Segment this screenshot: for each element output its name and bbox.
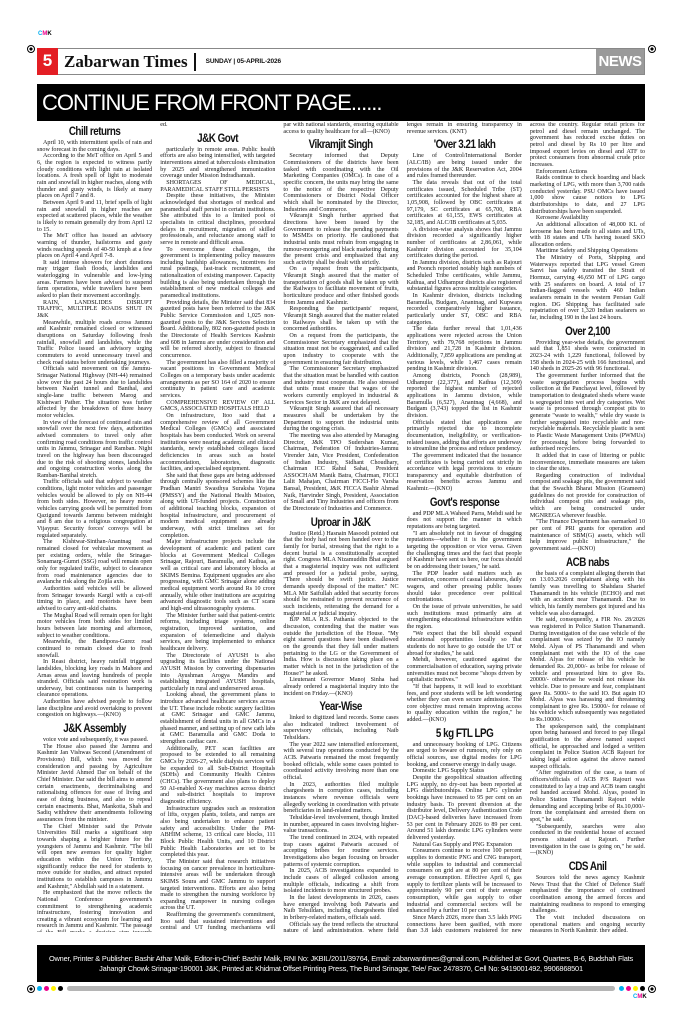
- article-paragraph: The government further informed that the…: [530, 373, 645, 453]
- article: Govt's responseand PDP MLA Waheed Parra,…: [407, 495, 522, 724]
- article-paragraph: The House also passed the Jammu and Kash…: [37, 744, 152, 824]
- cyan-swatch: [619, 986, 624, 991]
- article-paragraph: The data reveals that out of the total c…: [407, 180, 522, 227]
- article-paragraph: "After registration of the case, a team …: [530, 770, 645, 823]
- article-headline: Chill returns: [47, 124, 141, 138]
- article-paragraph: Authorities said vehicles will be allowe…: [37, 586, 152, 613]
- article-paragraph: Vikramjit Singh further apprised that di…: [283, 213, 398, 266]
- article-paragraph: Sources told the news agency Kashmir New…: [530, 875, 645, 915]
- article-headline: Year-Wise: [294, 699, 388, 713]
- article-paragraph: Mehdi, however, cautioned against the co…: [407, 657, 522, 684]
- article-paragraph: Officials stated that applications are p…: [407, 420, 522, 453]
- imprint-line-1: Owner, Printer & Publisher: Bashir Athar…: [37, 954, 645, 964]
- article-paragraph: The Minister further said that patient-c…: [160, 613, 275, 653]
- yellow-swatch: [51, 986, 56, 991]
- article: across the country. Regular retail price…: [530, 122, 645, 322]
- article-paragraph: RAIN, LANDSLIDES DISRUPT TRAFFIC, MULTIP…: [37, 300, 152, 320]
- black-swatch: [640, 986, 645, 991]
- article-paragraph: The trend continued in 2024, with repeat…: [283, 835, 398, 868]
- article-paragraph: Officials say the trend reflects the str…: [283, 922, 398, 933]
- article-paragraph: In Kashmir division, districts including…: [407, 293, 522, 326]
- article-headline: CDS Anil: [540, 859, 634, 873]
- article: 5 kg FTL LPGand unnecessary booking of L…: [407, 726, 522, 932]
- article-headline: Over 2,100: [540, 324, 634, 338]
- article-paragraph: The government indicated that the issuan…: [407, 453, 522, 493]
- article: lenges remain in ensuring transparency i…: [407, 122, 522, 135]
- article-headline: 'Over 3.21 lakh: [417, 137, 511, 151]
- page-number: 5: [37, 48, 58, 75]
- registration-mark-icon: [27, 985, 35, 993]
- article-paragraph: Consumers continue to receive 100 percen…: [407, 848, 522, 915]
- column-4: lenges remain in ensuring transparency i…: [407, 122, 522, 932]
- article-paragraph: April 10, with intermittent spells of ra…: [37, 140, 152, 153]
- article-paragraph: Despite these initiatives, the Minister …: [160, 193, 275, 246]
- article-paragraph: He emphasized that the move reflects the…: [37, 890, 152, 932]
- article-paragraph: In the latest developments in 2026, case…: [283, 895, 398, 922]
- article-paragraph: Tehsildar-level involvement, though limi…: [283, 815, 398, 835]
- imprint-footer: Owner, Printer & Publisher: Bashir Athar…: [37, 945, 645, 982]
- article: Over 2,100Providing year-wise details, t…: [530, 324, 645, 553]
- imprint-line-2: Jahangir Chowk Srinagar-190001 J&K, Prin…: [37, 964, 645, 974]
- article-paragraph: Major infrastructure projects include th…: [160, 539, 275, 612]
- article-paragraph: The data further reveal that 1,01,436 ap…: [407, 326, 522, 373]
- article-paragraph: According to the MeT office on April 5 a…: [37, 153, 152, 200]
- article: CDS AnilSources told the news agency Kas…: [530, 859, 645, 932]
- article-paragraph: Enforcement Actions: [530, 169, 645, 176]
- article-paragraph: On a request from the participants, the …: [283, 333, 398, 366]
- article-paragraph: and PDP MLA Waheed Parra, Mehdi said he …: [407, 511, 522, 531]
- column-3: par with national standards, ensuring eq…: [283, 122, 398, 932]
- article-paragraph: Raids continue to check hoarding and bla…: [530, 175, 645, 215]
- cmyk-registration-label: CMK: [633, 994, 647, 1000]
- article-paragraph: across the country. Regular retail price…: [530, 122, 645, 169]
- paper-name: Zabarwan Times: [64, 53, 196, 71]
- article: Chill returnsApril 10, with intermittent…: [37, 124, 152, 719]
- yellow-swatch: [633, 986, 638, 991]
- column-5: across the country. Regular retail price…: [530, 122, 645, 932]
- article-paragraph: An additional allocation of 48,000 KL of…: [530, 222, 645, 249]
- article-paragraph: On a request from the participants, Vikr…: [283, 266, 398, 306]
- article-paragraph: "The Finance Department has earmarked 10…: [530, 519, 645, 552]
- registration-mark-icon: [648, 45, 656, 53]
- article-paragraph: Providing year-wise details, the governm…: [530, 340, 645, 373]
- article-paragraph: The meeting was also attended by Managin…: [283, 433, 398, 513]
- article: J&K Assemblyvoice vote and subsequently,…: [37, 721, 152, 932]
- article-paragraph: He said, consequently, a FIR No. 28/2026…: [530, 617, 645, 724]
- article-paragraph: Meanwhile, the Bandipora-Gurez road cont…: [37, 639, 152, 659]
- article-paragraph: The PDP leader said matters such as rese…: [407, 571, 522, 604]
- article-paragraph: The Mughal Road will remain open for lig…: [37, 613, 152, 640]
- article-paragraph: SHORTAGES OF MEDICAL, PARAMEDICAL STAFF …: [160, 180, 275, 193]
- article: par with national standards, ensuring eq…: [283, 122, 398, 135]
- masthead: 5 Zabarwan Times SUNDAY | 05-APRIL-2026 …: [37, 48, 645, 75]
- article-headline: Uproar in J&K: [294, 515, 388, 529]
- article-paragraph: Among districts, Poonch (28,989), Udhamp…: [407, 373, 522, 420]
- article-paragraph: Meanwhile, multiple roads across Jammu a…: [37, 320, 152, 367]
- article-paragraph: In 2023, authorities filed multiple char…: [283, 782, 398, 815]
- registration-mark-icon: [27, 45, 35, 53]
- article-paragraph: In Reasi district, heavy rainfall trigge…: [37, 659, 152, 699]
- article-paragraph: par with national standards, ensuring eq…: [283, 122, 398, 135]
- color-calibration-bar: [37, 985, 645, 992]
- article-paragraph: In Jammu division, districts such as Raj…: [407, 260, 522, 293]
- black-swatch: [58, 986, 63, 991]
- section-tag: NEWS: [596, 49, 644, 74]
- article-paragraph: particularly in remote areas. Public hea…: [160, 147, 275, 180]
- article-paragraph: BJP MLA R.S. Pathania objected to the di…: [283, 617, 398, 677]
- article-paragraph: The Chief Minister said the Private Univ…: [37, 824, 152, 891]
- article-paragraph: Reaffirming the government's commitment,…: [160, 912, 275, 932]
- article-paragraph: The MeT office has issued an advisory wa…: [37, 233, 152, 260]
- article-paragraph: Authorities have advised people to follo…: [37, 699, 152, 719]
- article: ed.: [160, 122, 275, 129]
- article-paragraph: Officials said movement on the Jammu-Sri…: [37, 366, 152, 419]
- article-paragraph: The Commissioner Secretary emphasized th…: [283, 366, 398, 406]
- article-headline: Govt's response: [417, 495, 511, 509]
- article-paragraph: Providing details, the Minister said tha…: [160, 300, 275, 360]
- article-paragraph: "We expect that the bill should expand e…: [407, 631, 522, 658]
- article-paragraph: "Subsequently, searches were also conduc…: [530, 824, 645, 857]
- article-paragraph: Kerosene Availability: [530, 215, 645, 222]
- article-paragraph: Between April 9 and 11, brief spells of …: [37, 200, 152, 233]
- article-paragraph: Infrastructure upgrades such as restorat…: [160, 806, 275, 859]
- article-paragraph: "If that happens, it will lead to exorbi…: [407, 684, 522, 724]
- article: Uproar in J&KJustice (Retd.) Hasnain Mas…: [283, 515, 398, 697]
- article: Vikramjit SinghSecretary informed that D…: [283, 137, 398, 512]
- article: Year-Wiselinked to digitized land record…: [283, 699, 398, 932]
- continue-banner: CONTINUE FROM FRONT PAGE......: [37, 84, 645, 121]
- article-paragraph: Line of Control/International Border (AL…: [407, 153, 522, 180]
- issue-date: SUNDAY | 05-APRIL-2026: [206, 58, 281, 65]
- registration-mark-icon: [648, 985, 656, 993]
- article-headline: ACB nabs: [540, 555, 634, 569]
- column-1: Chill returnsApril 10, with intermittent…: [37, 122, 152, 932]
- article-paragraph: She said that these gaps are being addre…: [160, 473, 275, 540]
- article-headline: J&K Govt: [171, 131, 265, 145]
- article-paragraph: Regarding construction of individual com…: [530, 473, 645, 520]
- article-paragraph: The spokesperson said, the complainant u…: [530, 724, 645, 771]
- article-paragraph: Justice (Retd.) Hasnain Masoodi pointed …: [283, 531, 398, 618]
- article-paragraph: Vikramjit Singh assured that all necessa…: [283, 406, 398, 433]
- article-paragraph: Responding the participants' request, Vi…: [283, 306, 398, 333]
- article-paragraph: Additionally, PET scan facilities are pr…: [160, 746, 275, 806]
- article-headline: Vikramjit Singh: [294, 137, 388, 151]
- article-paragraph: Lieutenant Governor Manoj Sinha had alre…: [283, 677, 398, 697]
- article-paragraph: In 2025, ACB investigations expanded to …: [283, 868, 398, 895]
- article: J&K Govtparticularly in remote areas. Pu…: [160, 131, 275, 932]
- article-paragraph: To overcome these challenges, the govern…: [160, 247, 275, 300]
- article-paragraph: Secretary informed that Deputy Commissio…: [283, 153, 398, 213]
- article-paragraph: Despite the geopolitical situation affec…: [407, 775, 522, 842]
- article-paragraph: The Minister said that research initiati…: [160, 859, 275, 912]
- article-paragraph: Traffic officials said that subject to w…: [37, 479, 152, 539]
- article-paragraph: The government has also filled a majorit…: [160, 360, 275, 400]
- article-paragraph: It added that in case of littering or pu…: [530, 453, 645, 473]
- article-paragraph: In view of the forecast of continued rai…: [37, 420, 152, 480]
- cyan-swatch: [37, 986, 42, 991]
- article-paragraph: and unnecessary booking of LPG. Citizens…: [407, 742, 522, 769]
- article-paragraph: voice vote and subsequently, it was pass…: [37, 737, 152, 744]
- article-paragraph: Since March 2026, more than 3.5 lakh PNG…: [407, 915, 522, 932]
- article-paragraph: "I am absolutely not in favour of draggi…: [407, 531, 522, 571]
- article-paragraph: The year 2022 saw intensified enforcemen…: [283, 742, 398, 782]
- article-headline: 5 kg FTL LPG: [417, 726, 511, 740]
- article-paragraph: On infrastructure, Itoo said that a comp…: [160, 413, 275, 473]
- article-paragraph: A division-wise analysis shows that Jamm…: [407, 227, 522, 260]
- article-paragraph: ed.: [160, 122, 275, 129]
- article: ACB nabsthe basis of a complaint allegin…: [530, 555, 645, 857]
- article-paragraph: The Kishtwar-Sinthan-Anantnag road remai…: [37, 539, 152, 586]
- article-columns: Chill returnsApril 10, with intermittent…: [37, 122, 645, 932]
- article-paragraph: linked to digitized land records. Some c…: [283, 715, 398, 742]
- grey-bar: [67, 986, 615, 991]
- article-paragraph: COMPREHENSIVE REVIEW OF ALL GMCS, ASSOCI…: [160, 400, 275, 413]
- magenta-swatch: [44, 986, 49, 991]
- article-paragraph: On the issue of private universities, he…: [407, 604, 522, 631]
- article-paragraph: It said intense showers for short durati…: [37, 260, 152, 300]
- article-paragraph: The Directorate of AYUSH is also upgradi…: [160, 653, 275, 693]
- article-headline: J&K Assembly: [47, 721, 141, 735]
- article-paragraph: lenges remain in ensuring transparency i…: [407, 122, 522, 135]
- cmyk-registration-label: CMK: [38, 31, 52, 37]
- article-paragraph: Looking ahead, the government plans to i…: [160, 692, 275, 745]
- article-paragraph: Natural Gas Supply and PNG Expansion: [407, 842, 522, 849]
- magenta-swatch: [626, 986, 631, 991]
- article: 'Over 3.21 lakhLine of Control/Internati…: [407, 137, 522, 492]
- article-paragraph: The Ministry of Ports, Shipping and Wate…: [530, 255, 645, 322]
- article-paragraph: the basis of a complaint alleging therei…: [530, 571, 645, 618]
- article-paragraph: The visit included discussions on operat…: [530, 915, 645, 932]
- column-2: ed.J&K Govtparticularly in remote areas.…: [160, 122, 275, 932]
